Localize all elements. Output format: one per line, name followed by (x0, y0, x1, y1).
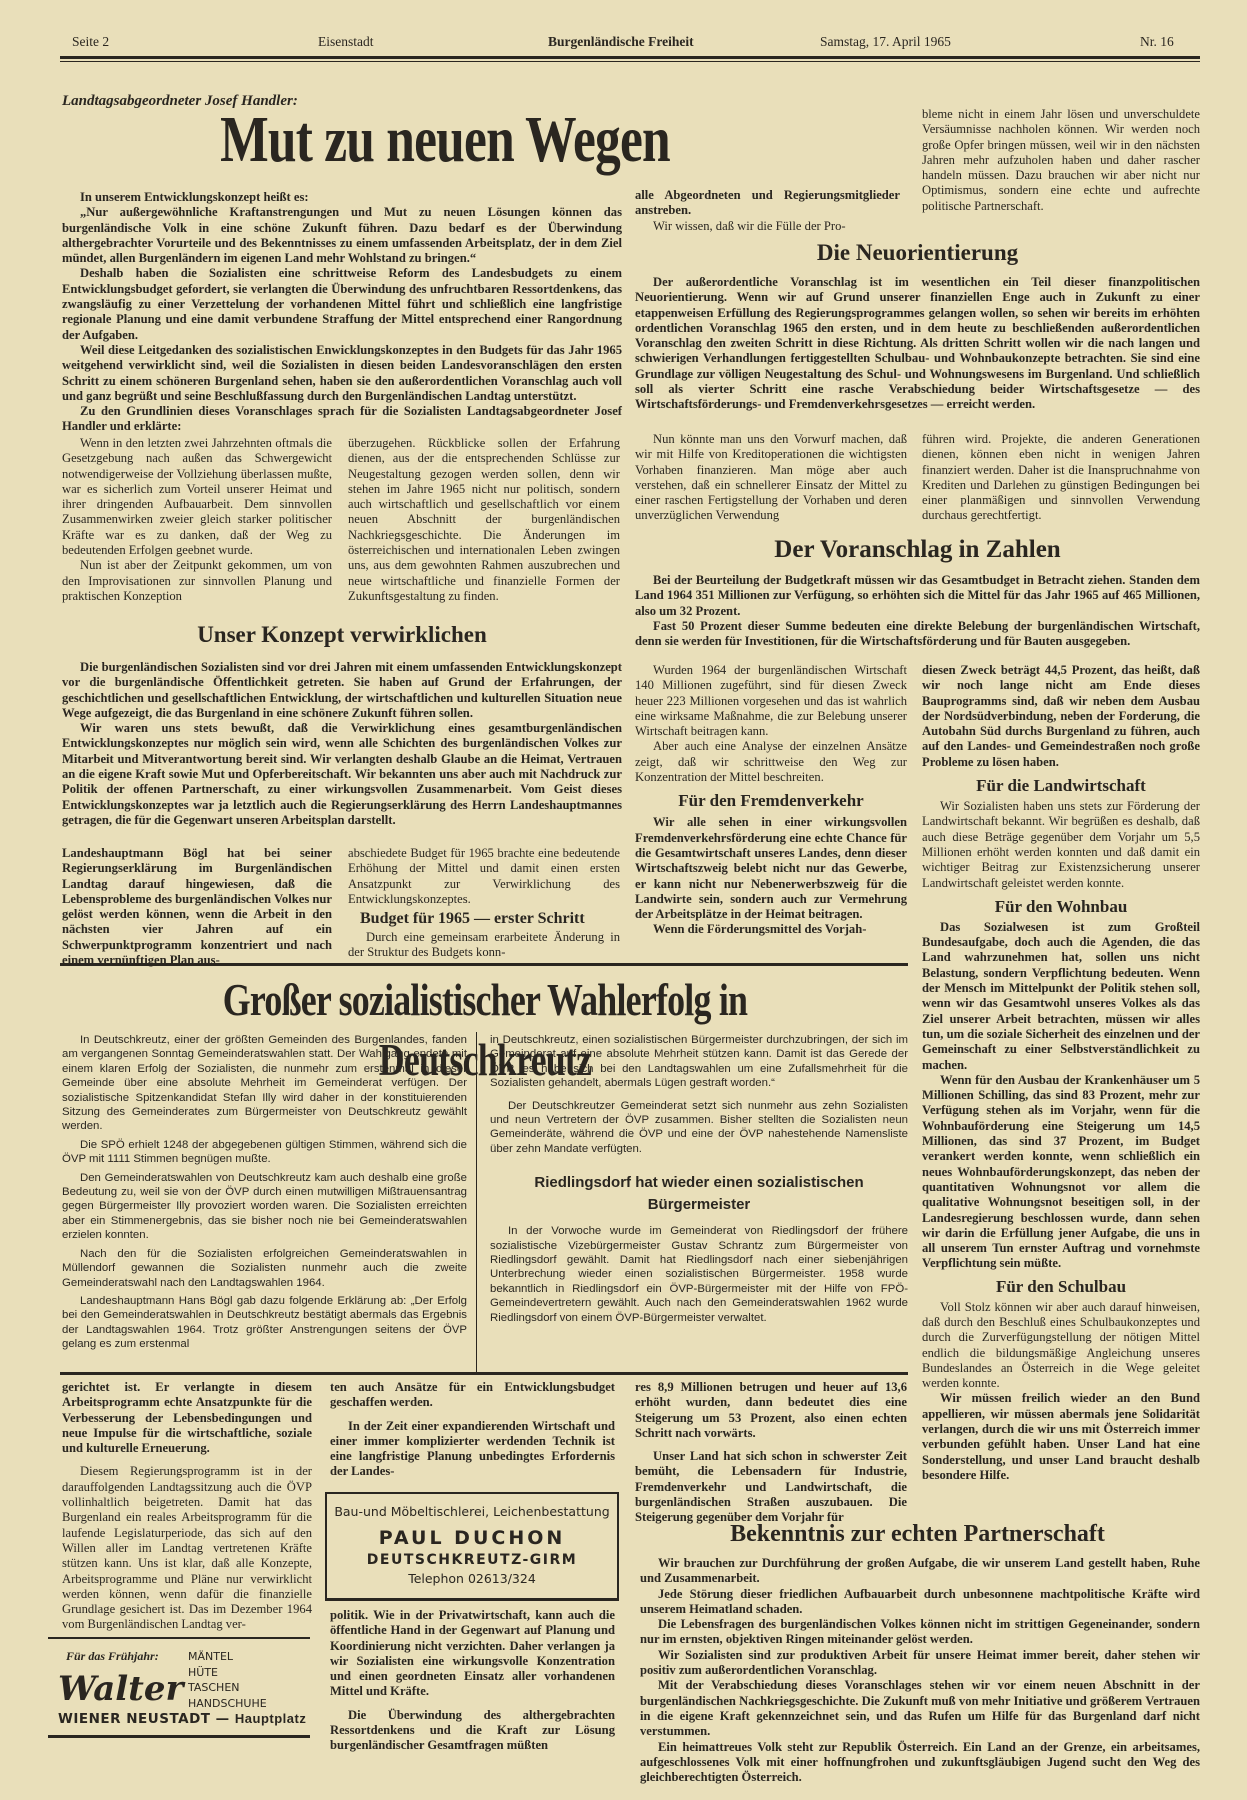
body-para: Wir brauchen zur Durchführung der großen… (640, 1556, 1200, 1587)
body-para: überzugehen. Rückblicke sollen der Erfah… (348, 436, 620, 604)
body-para: In der Zeit einer expandierenden Wirtsch… (330, 1419, 615, 1480)
column-b: überzugehen. Rückblicke sollen der Erfah… (348, 436, 620, 604)
heading-landwirtschaft: Für die Landwirtschaft (922, 776, 1200, 796)
body-para: Bei der Beurteilung der Budgetkraft müss… (635, 573, 1200, 619)
body-para: Unser Land hat sich schon in schwerster … (635, 1449, 907, 1525)
body-para: Wir müssen freilich wieder an den Bund a… (922, 1391, 1200, 1483)
body-para: Durch eine gemeinsam erarbeitete Änderun… (348, 930, 620, 961)
bottom-col-b-cont: politik. Wie in der Privatwirtschaft, ka… (330, 1608, 615, 1754)
heading-neuorientierung: Die Neuorientierung (635, 240, 1200, 266)
body-para: Nach den für die Sozialisten erfolgreich… (62, 1247, 467, 1290)
ad-walter-city: WIENER NEUSTADT — (58, 1711, 230, 1727)
heading-schulbau: Für den Schulbau (922, 1277, 1200, 1297)
neuorientierung-body: Der außerordentliche Voranschlag ist im … (635, 275, 1200, 413)
article2-rule (60, 963, 908, 966)
body-para: Die Überwindung des althergebrachten Res… (330, 1708, 615, 1754)
article-intro: In unserem Entwicklungskonzept heißt es:… (62, 190, 622, 435)
subheading-budget: Budget für 1965 — erster Schritt (360, 910, 620, 928)
article2-col-a: In Deutschkreutz, einer der größten Geme… (62, 1033, 467, 1352)
body-para: ten auch Ansätze für ein Entwicklungsbud… (330, 1380, 615, 1411)
body-para: diesen Zweck beträgt 44,5 Prozent, das h… (922, 663, 1200, 770)
body-para: führen wird. Projekte, die anderen Gener… (922, 432, 1200, 524)
ad-duchon-place: DEUTSCHKREUTZ-GIRM (327, 1552, 617, 1568)
intro-quote: „Nur außergewöhnliche Kraftanstrengungen… (62, 205, 622, 266)
ad-walter-item: MÄNTEL (188, 1649, 267, 1665)
intro-para: Deshalb haben die Sozialisten eine schri… (62, 266, 622, 342)
ad-walter-items: MÄNTEL HÜTE TASCHEN HANDSCHUHE (188, 1649, 267, 1711)
heading-fremdenverkehr: Für den Fremdenverkehr (635, 791, 907, 811)
body-para: Wurden 1964 der burgenländischen Wirtsch… (635, 663, 907, 739)
article-title: Mut zu neuen Wegen (215, 100, 675, 180)
header-rule (60, 56, 1200, 59)
body-para: Landeshauptmann Bögl hat bei seiner Regi… (62, 846, 332, 968)
bottom-col-c: res 8,9 Millionen betrugen und heuer auf… (635, 1380, 907, 1526)
konzept-body: Die burgenländischen Sozialisten sind vo… (62, 660, 622, 828)
date: Samstag, 17. April 1965 (820, 34, 951, 50)
ad-duchon-phone: Telephon 02613/324 (327, 1571, 617, 1586)
body-para: Wenn in den letzten zwei Jahrzehnten oft… (62, 436, 332, 558)
ad-walter-address: WIENER NEUSTADT — Hauptplatz (58, 1711, 306, 1727)
body-para: Aber auch eine Analyse der einzelnen Ans… (635, 739, 907, 785)
body-para: Voll Stolz können wir aber auch darauf h… (922, 1300, 1200, 1392)
intro-para: In unserem Entwicklungskonzept heißt es: (62, 190, 622, 205)
body-para: Die SPÖ erhielt 1248 der abgegebenen gül… (62, 1138, 467, 1167)
bottom-col-b: ten auch Ansätze für ein Entwicklungsbud… (330, 1380, 615, 1480)
body-para: Mit der Verabschiedung dieses Voranschla… (640, 1678, 1200, 1739)
body-para: res 8,9 Millionen betrugen und heuer auf… (635, 1380, 907, 1441)
body-para: Wenn die Förderungsmittel des Vorjah- (635, 922, 907, 937)
bottom-col-a: gerichtet ist. Er verlangte in diesem Ar… (62, 1380, 312, 1633)
column-divider (476, 1032, 477, 1372)
zahlen-col-a: Wurden 1964 der burgenländischen Wirtsch… (635, 663, 907, 938)
body-para: In der Vorwoche wurde im Gemeinderat von… (490, 1224, 908, 1325)
ad-walter-item: HANDSCHUHE (188, 1696, 267, 1712)
intro-para: Zu den Grundlinien dieses Voranschlages … (62, 404, 622, 435)
konzept-col-a: Landeshauptmann Bögl hat bei seiner Regi… (62, 846, 332, 968)
article2-col-b: in Deutschkreutz, einen sozialistischen … (490, 1033, 908, 1325)
body-para: Fast 50 Prozent dieser Summe bedeuten ei… (635, 619, 1200, 650)
body-para: bleme nicht in einem Jahr lösen und unve… (922, 107, 1200, 214)
ad-walter-item: TASCHEN (188, 1680, 267, 1696)
body-para: In Deutschkreutz, einer der größten Geme… (62, 1033, 467, 1134)
heading-partnerschaft: Bekenntnis zur echten Partnerschaft (635, 1521, 1200, 1548)
place: Eisenstadt (318, 34, 374, 50)
article2-bottom-rule (60, 1372, 908, 1375)
body-para: Den Gemeinderatswahlen von Deutschkreutz… (62, 1171, 467, 1243)
body-para: Landeshauptmann Hans Bögl gab dazu folge… (62, 1294, 467, 1352)
body-para: Nun könnte man uns den Vorwurf machen, d… (635, 432, 907, 524)
body-para: Die burgenländischen Sozialisten sind vo… (62, 660, 622, 721)
body-para: Wir wissen, daß wir die Fülle der Pro- (635, 219, 900, 234)
body-para: Jede Störung dieser friedlichen Aufbauar… (640, 1587, 1200, 1618)
ad-duchon-services: Bau-und Möbeltischlerei, Leichenbestattu… (327, 1504, 617, 1519)
ad-paul-duchon: Bau-und Möbeltischlerei, Leichenbestattu… (325, 1492, 619, 1601)
zahlen-col-b: diesen Zweck beträgt 44,5 Prozent, das h… (922, 663, 1200, 1483)
body-para: politik. Wie in der Privatwirtschaft, ka… (330, 1608, 615, 1700)
body-para: alle Abgeordneten und Regierungsmitglied… (635, 188, 900, 219)
ad-walter-brand: Walter (58, 1669, 183, 1709)
body-para: Wir Sozialisten haben uns stets zur Förd… (922, 799, 1200, 891)
body-para: Diesem Regierungsprogramm ist in der dar… (62, 1464, 312, 1632)
body-para: Wir waren uns stets bewußt, daß die Verw… (62, 721, 622, 828)
body-para: Der außerordentliche Voranschlag ist im … (635, 275, 1200, 413)
top-right-column: bleme nicht in einem Jahr lösen und unve… (922, 107, 1200, 214)
body-para: Der Deutschkreutzer Gemeinderat setzt si… (490, 1099, 908, 1157)
ad-walter-item: HÜTE (188, 1665, 267, 1681)
body-para: Wenn für den Ausbau der Krankenhäuser um… (922, 1073, 1200, 1272)
body-para: gerichtet ist. Er verlangte in diesem Ar… (62, 1380, 312, 1456)
body-para: Die Lebensfragen des burgenländischen Vo… (640, 1617, 1200, 1648)
heading-zahlen: Der Voranschlag in Zahlen (635, 536, 1200, 564)
body-para: Wir Sozialisten sind zur produktiven Arb… (640, 1648, 1200, 1679)
heading-konzept: Unser Konzept verwirklichen (62, 622, 622, 648)
body-para: in Deutschkreutz, einen sozialistischen … (490, 1033, 908, 1091)
ad-walter-street: Hauptplatz (235, 1711, 306, 1726)
ad-walter-tagline: Für das Frühjahr: (66, 1649, 159, 1664)
heading-wohnbau: Für den Wohnbau (922, 897, 1200, 917)
issue-number: Nr. 16 (1140, 34, 1174, 50)
header-rule-thin (60, 61, 1200, 62)
neu-col-a: Nun könnte man uns den Vorwurf machen, d… (635, 432, 907, 524)
ad-walter: Für das Frühjahr: MÄNTEL HÜTE TASCHEN HA… (48, 1637, 310, 1738)
partnerschaft-body: Wir brauchen zur Durchführung der großen… (640, 1556, 1200, 1785)
zahlen-body: Bei der Beurteilung der Budgetkraft müss… (635, 573, 1200, 649)
page-header: Seite 2 Eisenstadt Burgenländische Freih… (70, 30, 1200, 54)
top-middle-column: alle Abgeordneten und Regierungsmitglied… (635, 188, 900, 234)
ad-duchon-name: PAUL DUCHON (327, 1527, 617, 1549)
konzept-col-b: abschiedete Budget für 1965 brachte eine… (348, 846, 620, 961)
neu-col-b: führen wird. Projekte, die anderen Gener… (922, 432, 1200, 524)
body-para: Das Sozialwesen ist zum Großteil Bundesa… (922, 920, 1200, 1073)
newspaper-name: Burgenländische Freiheit (548, 34, 694, 50)
page-number: Seite 2 (72, 34, 109, 50)
body-para: abschiedete Budget für 1965 brachte eine… (348, 846, 620, 907)
intro-para: Weil diese Leitgedanken des sozialistisc… (62, 343, 622, 404)
subheading-riedlingsdorf: Riedlingsdorf hat wieder einen sozialist… (510, 1172, 888, 1216)
body-para: Ein heimattreues Volk steht zur Republik… (640, 1740, 1200, 1786)
column-a: Wenn in den letzten zwei Jahrzehnten oft… (62, 436, 332, 604)
body-para: Wir alle sehen in einer wirkungsvollen F… (635, 815, 907, 922)
body-para: Nun ist aber der Zeitpunkt gekommen, um … (62, 558, 332, 604)
